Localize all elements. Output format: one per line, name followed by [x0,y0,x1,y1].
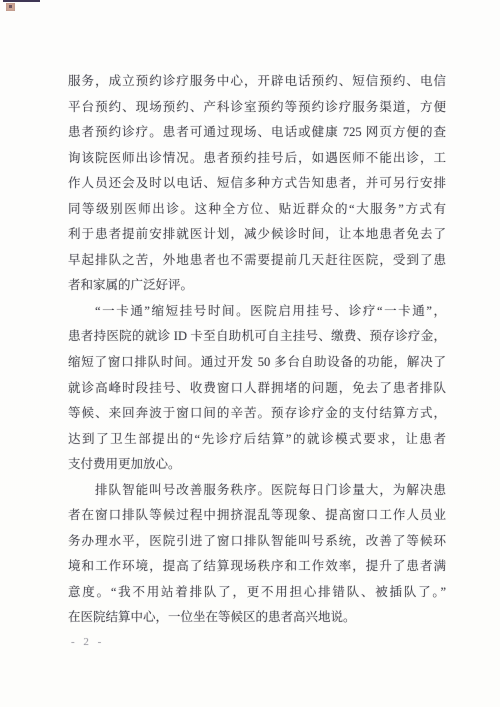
text-line: 同等级别医师出诊。这种全方位、贴近群众的“大服务”方式有 [68,197,446,223]
text-line: 者和家属的广泛好评。 [68,273,446,299]
text-line: 患者预约诊疗。患者可通过现场、电话或健康 725 网页方便的查 [68,120,446,146]
text-line: 询该院医师出诊情况。患者预约挂号后，如遇医师不能出诊，工 [68,146,446,172]
text-line: 平台预约、现场预约、产科诊室预约等预约诊疗服务渠道，方便 [68,95,446,121]
text-line: 排队智能叫号改善服务秩序。医院每日门诊量大，为解决患 [68,478,446,504]
text-line: 务办理水平，医院引进了窗口排队智能叫号系统，改善了等候环 [68,529,446,555]
text-line: 达到了卫生部提出的“先诊疗后结算”的就诊模式要求，让患者 [68,427,446,453]
text-line: 等候、来回奔波于窗口间的辛苦。预存诊疗金的支付结算方式， [68,401,446,427]
scan-artifact-square-dot [9,5,12,8]
text-line: 早起排队之苦，外地患者也不需要提前几天赶往医院，受到了患 [68,248,446,274]
scanned-document-page: 服务，成立预约诊疗服务中心，开辟电话预约、短信预约、电信平台预约、现场预约、产科… [0,0,500,707]
text-line: 境和工作环境，提高了结算现场秩序和工作效率，提升了患者满 [68,554,446,580]
text-line: 服务，成立预约诊疗服务中心，开辟电话预约、短信预约、电信 [68,69,446,95]
text-line: 缩短了窗口排队时间。通过开发 50 多台自助设备的功能，解决了 [68,350,446,376]
text-line: 支付费用更加放心。 [68,452,446,478]
text-line: 意度。“我不用站着排队了，更不用担心排错队、被插队了。” [68,580,446,606]
text-line: 就诊高峰时段挂号、收费窗口人群拥堵的问题，免去了患者排队 [68,376,446,402]
text-line: “一卡通”缩短挂号时间。医院启用挂号、诊疗“一卡通”， [68,299,446,325]
text-line: 者在窗口排队等候过程中拥挤混乱等现象、提高窗口工作人员业 [68,503,446,529]
text-line: 利于患者提前安排就医计划，减少候诊时间，让本地患者免去了 [68,222,446,248]
text-line: 患者持医院的就诊 ID 卡至自助机可自主挂号、缴费、预存诊疗金， [68,324,446,350]
document-body-text: 服务，成立预约诊疗服务中心，开辟电话预约、短信预约、电信平台预约、现场预约、产科… [68,69,446,631]
scan-artifact-bar [3,0,40,2]
page-number: - 2 - [71,635,104,649]
text-line: 在医院结算中心，一位坐在等候区的患者高兴地说。 [68,605,446,631]
scan-artifact-square [6,3,15,11]
text-line: 作人员还会及时以电话、短信多种方式告知患者，并可另行安排 [68,171,446,197]
